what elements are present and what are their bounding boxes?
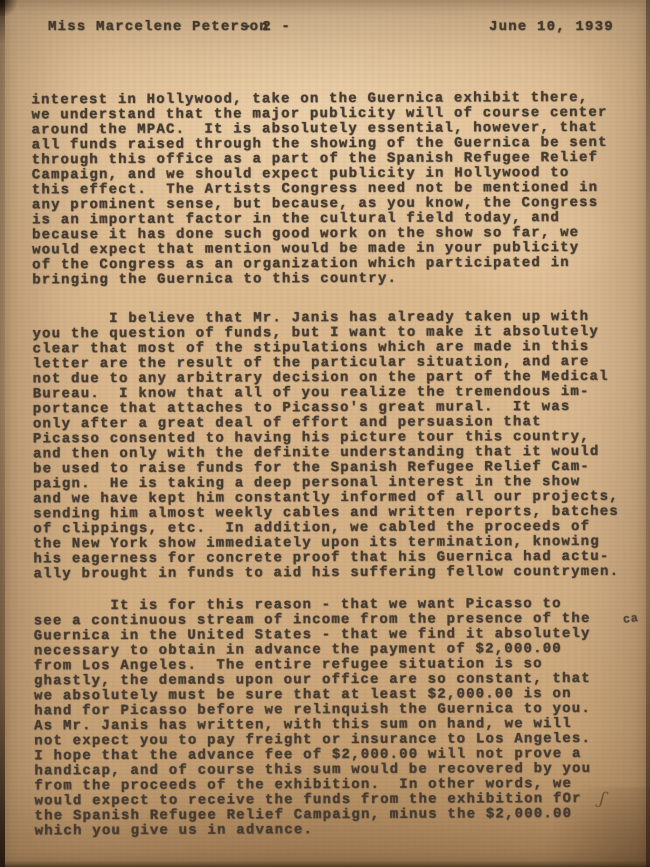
- photo-edge-left: [0, 0, 5, 867]
- photo-edge-right: [646, 0, 650, 867]
- letter-header: Miss Marcelene Peterson - 2 - June 10, 1…: [0, 19, 650, 41]
- paragraph-2: I believe that Mr. Janis has already tak…: [32, 310, 645, 583]
- letter-body: interest in Hollywood, take on the Guern…: [31, 91, 646, 840]
- letter-date: June 10, 1939: [489, 19, 614, 35]
- paragraph-1: interest in Hollywood, take on the Guern…: [31, 91, 644, 289]
- margin-ink-mark: ca: [622, 611, 639, 627]
- recipient-name: Miss Marcelene Peterson: [48, 19, 269, 35]
- letter-photo: Miss Marcelene Peterson - 2 - June 10, 1…: [0, 0, 650, 867]
- page-number: - 2 -: [243, 19, 291, 35]
- photo-corner-top-left: [0, 0, 18, 16]
- photo-corner-bottom-right: [530, 787, 650, 867]
